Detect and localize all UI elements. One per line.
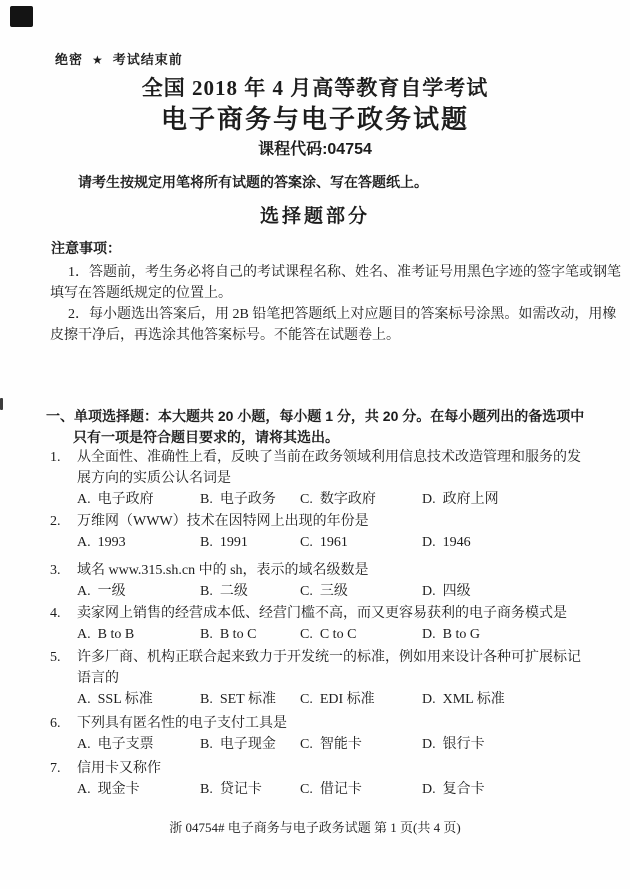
corner-registration-mark bbox=[10, 6, 33, 27]
question-number: 6. bbox=[50, 713, 77, 734]
exam-timing-label: 考试结束前 bbox=[113, 52, 183, 67]
exam-paper-page: 绝密★考试结束前 全国 2018 年 4 月高等教育自学考试 电子商务与电子政务… bbox=[0, 0, 630, 889]
option-label: B. bbox=[200, 535, 213, 550]
option-text: 电子政府 bbox=[98, 492, 154, 507]
question-line: 3.域名 www.315.sh.cn 中的 sh，表示的域名级数是 bbox=[50, 560, 614, 581]
option-label: D. bbox=[422, 535, 436, 550]
question-1: 1.从全面性、准确性上看，反映了当前在政务领域利用信息技术改造管理和服务的发 展… bbox=[50, 447, 614, 510]
question-line: 4.卖家网上销售的经营成本低、经营门槛不高，而又更容易获利的电子商务模式是 bbox=[50, 603, 614, 624]
part-title: 选择题部分 bbox=[0, 201, 630, 228]
option-text: 复合卡 bbox=[443, 782, 485, 797]
question-line: 5.许多厂商、机构正联合起来致力于开发统一的标准，例如用来设计各种可扩展标记 bbox=[50, 647, 614, 668]
option-label: D. bbox=[422, 627, 436, 642]
option-text: 银行卡 bbox=[443, 737, 485, 752]
option-text: C to C bbox=[320, 627, 357, 642]
option-c: C.数字政府 bbox=[300, 489, 422, 510]
option-a: A.电子支票 bbox=[77, 734, 200, 755]
option-text: 一级 bbox=[98, 584, 126, 599]
option-c: C.三级 bbox=[300, 581, 422, 602]
option-label: B. bbox=[200, 737, 213, 752]
options-row: A.B to B B.B to C C.C to C D.B to G bbox=[50, 624, 614, 645]
option-text: XML 标准 bbox=[443, 692, 505, 707]
option-text: B to G bbox=[443, 627, 480, 642]
option-text: 智能卡 bbox=[320, 737, 362, 752]
option-c: C.C to C bbox=[300, 624, 422, 645]
question-text: 从全面性、准确性上看，反映了当前在政务领域利用信息技术改造管理和服务的发 bbox=[77, 450, 581, 465]
star-icon: ★ bbox=[92, 53, 104, 67]
question-2: 2.万维网（WWW）技术在因特网上出现的年份是 A.1993 B.1991 C.… bbox=[50, 511, 614, 553]
option-text: 贷记卡 bbox=[220, 782, 262, 797]
option-d: D.政府上网 bbox=[422, 489, 614, 510]
question-text-continued: 展方向的实质公认名词是 bbox=[50, 468, 614, 489]
option-label: A. bbox=[77, 535, 91, 550]
option-a: A.一级 bbox=[77, 581, 200, 602]
option-text: 电子政务 bbox=[220, 492, 276, 507]
option-d: D.B to G bbox=[422, 624, 614, 645]
option-a: A.电子政府 bbox=[77, 489, 200, 510]
notes-title: 注意事项： bbox=[51, 238, 121, 258]
option-d: D.XML 标准 bbox=[422, 689, 614, 710]
answer-instruction: 请考生按规定用笔将所有试题的答案涂、写在答题纸上。 bbox=[78, 172, 428, 192]
option-text: B to B bbox=[98, 627, 135, 642]
question-line: 7.信用卡又称作 bbox=[50, 758, 614, 779]
question-number: 3. bbox=[50, 560, 77, 581]
question-text: 域名 www.315.sh.cn 中的 sh，表示的域名级数是 bbox=[77, 563, 369, 578]
option-label: C. bbox=[300, 737, 313, 752]
option-b: B.电子现金 bbox=[200, 734, 300, 755]
option-text: 电子支票 bbox=[98, 737, 154, 752]
option-b: B.二级 bbox=[200, 581, 300, 602]
options-row: A.现金卡 B.贷记卡 C.借记卡 D.复合卡 bbox=[50, 779, 614, 800]
option-text: 1961 bbox=[320, 535, 348, 550]
option-text: SSL 标准 bbox=[98, 692, 153, 707]
question-text: 卖家网上销售的经营成本低、经营门槛不高，而又更容易获利的电子商务模式是 bbox=[77, 606, 567, 621]
question-text: 许多厂商、机构正联合起来致力于开发统一的标准，例如用来设计各种可扩展标记 bbox=[77, 650, 581, 665]
section-heading-line-2: 只有一项是符合题目要求的，请将其选出。 bbox=[46, 427, 584, 448]
secrecy-line: 绝密★考试结束前 bbox=[55, 49, 183, 68]
option-b: B.电子政务 bbox=[200, 489, 300, 510]
question-line: 2.万维网（WWW）技术在因特网上出现的年份是 bbox=[50, 511, 614, 532]
option-text: 三级 bbox=[320, 584, 348, 599]
note-1-line-2: 填写在答题纸规定的位置上。 bbox=[50, 282, 232, 302]
options-row: A.SSL 标准 B.SET 标准 C.EDI 标准 D.XML 标准 bbox=[50, 689, 614, 710]
option-a: A.B to B bbox=[77, 624, 200, 645]
option-text: 借记卡 bbox=[320, 782, 362, 797]
option-label: C. bbox=[300, 492, 313, 507]
option-text: 电子现金 bbox=[220, 737, 276, 752]
option-label: D. bbox=[422, 584, 436, 599]
options-row: A.电子政府 B.电子政务 C.数字政府 D.政府上网 bbox=[50, 489, 614, 510]
options-row: A.1993 B.1991 C.1961 D.1946 bbox=[50, 532, 614, 553]
option-text: EDI 标准 bbox=[320, 692, 375, 707]
exam-subject-title: 电子商务与电子政务试题 bbox=[0, 99, 630, 136]
option-text: 四级 bbox=[443, 584, 471, 599]
option-label: D. bbox=[422, 737, 436, 752]
option-b: B.B to C bbox=[200, 624, 300, 645]
question-number: 5. bbox=[50, 647, 77, 668]
option-text: B to C bbox=[220, 627, 257, 642]
option-label: B. bbox=[200, 692, 213, 707]
option-label: D. bbox=[422, 492, 436, 507]
option-a: A.1993 bbox=[77, 532, 200, 553]
option-label: C. bbox=[300, 782, 313, 797]
option-c: C.1961 bbox=[300, 532, 422, 553]
question-number: 1. bbox=[50, 447, 77, 468]
note-2-line-1: 2．每小题选出答案后，用 2B 铅笔把答题纸上对应题目的答案标号涂黑。如需改动，… bbox=[68, 303, 616, 323]
option-text: 数字政府 bbox=[320, 492, 376, 507]
option-d: D.银行卡 bbox=[422, 734, 614, 755]
option-c: C.借记卡 bbox=[300, 779, 422, 800]
option-text: 1991 bbox=[220, 535, 248, 550]
question-text: 万维网（WWW）技术在因特网上出现的年份是 bbox=[77, 514, 369, 529]
question-5: 5.许多厂商、机构正联合起来致力于开发统一的标准，例如用来设计各种可扩展标记 语… bbox=[50, 647, 614, 710]
option-label: A. bbox=[77, 627, 91, 642]
option-label: A. bbox=[77, 492, 91, 507]
option-label: B. bbox=[200, 627, 213, 642]
question-number: 4. bbox=[50, 603, 77, 624]
page-footer: 浙 04754# 电子商务与电子政务试题 第 1 页(共 4 页) bbox=[0, 817, 630, 836]
option-label: A. bbox=[77, 692, 91, 707]
option-label: A. bbox=[77, 782, 91, 797]
question-number: 7. bbox=[50, 758, 77, 779]
question-number: 2. bbox=[50, 511, 77, 532]
question-7: 7.信用卡又称作 A.现金卡 B.贷记卡 C.借记卡 D.复合卡 bbox=[50, 758, 614, 800]
options-row: A.一级 B.二级 C.三级 D.四级 bbox=[50, 581, 614, 602]
question-line: 6.下列具有匿名性的电子支付工具是 bbox=[50, 713, 614, 734]
option-label: D. bbox=[422, 692, 436, 707]
option-label: C. bbox=[300, 627, 313, 642]
option-c: C.智能卡 bbox=[300, 734, 422, 755]
option-text: 二级 bbox=[220, 584, 248, 599]
option-label: D. bbox=[422, 782, 436, 797]
question-text-continued: 语言的 bbox=[50, 668, 614, 689]
option-label: A. bbox=[77, 737, 91, 752]
option-b: B.贷记卡 bbox=[200, 779, 300, 800]
option-text: 1946 bbox=[443, 535, 471, 550]
option-b: B.1991 bbox=[200, 532, 300, 553]
option-label: C. bbox=[300, 584, 313, 599]
exam-session-title: 全国 2018 年 4 月高等教育自学考试 bbox=[0, 72, 630, 102]
question-4: 4.卖家网上销售的经营成本低、经营门槛不高，而又更容易获利的电子商务模式是 A.… bbox=[50, 603, 614, 645]
option-label: A. bbox=[77, 584, 91, 599]
scan-edge-artifact bbox=[0, 398, 3, 410]
course-code: 课程代码:04754 bbox=[0, 136, 630, 159]
options-row: A.电子支票 B.电子现金 C.智能卡 D.银行卡 bbox=[50, 734, 614, 755]
option-a: A.现金卡 bbox=[77, 779, 200, 800]
question-3: 3.域名 www.315.sh.cn 中的 sh，表示的域名级数是 A.一级 B… bbox=[50, 560, 614, 602]
question-text: 下列具有匿名性的电子支付工具是 bbox=[77, 716, 287, 731]
option-d: D.1946 bbox=[422, 532, 614, 553]
option-d: D.四级 bbox=[422, 581, 614, 602]
secrecy-label: 绝密 bbox=[55, 52, 83, 67]
section-heading: 一、单项选择题：本大题共 20 小题，每小题 1 分，共 20 分。在每小题列出… bbox=[46, 406, 584, 448]
option-text: 1993 bbox=[98, 535, 126, 550]
option-label: B. bbox=[200, 782, 213, 797]
note-1-line-1: 1．答题前，考生务必将自己的考试课程名称、姓名、准考证号用黑色字迹的签字笔或钢笔 bbox=[68, 261, 621, 281]
question-text: 信用卡又称作 bbox=[77, 761, 161, 776]
option-label: B. bbox=[200, 492, 213, 507]
question-line: 1.从全面性、准确性上看，反映了当前在政务领域利用信息技术改造管理和服务的发 bbox=[50, 447, 614, 468]
question-6: 6.下列具有匿名性的电子支付工具是 A.电子支票 B.电子现金 C.智能卡 D.… bbox=[50, 713, 614, 755]
option-label: C. bbox=[300, 535, 313, 550]
option-label: B. bbox=[200, 584, 213, 599]
option-text: 现金卡 bbox=[98, 782, 140, 797]
option-label: C. bbox=[300, 692, 313, 707]
option-c: C.EDI 标准 bbox=[300, 689, 422, 710]
section-heading-line-1: 一、单项选择题：本大题共 20 小题，每小题 1 分，共 20 分。在每小题列出… bbox=[46, 406, 584, 427]
option-b: B.SET 标准 bbox=[200, 689, 300, 710]
option-text: 政府上网 bbox=[443, 492, 499, 507]
option-text: SET 标准 bbox=[220, 692, 276, 707]
option-a: A.SSL 标准 bbox=[77, 689, 200, 710]
option-d: D.复合卡 bbox=[422, 779, 614, 800]
note-2-line-2: 皮擦干净后，再选涂其他答案标号。不能答在试题卷上。 bbox=[50, 324, 400, 344]
